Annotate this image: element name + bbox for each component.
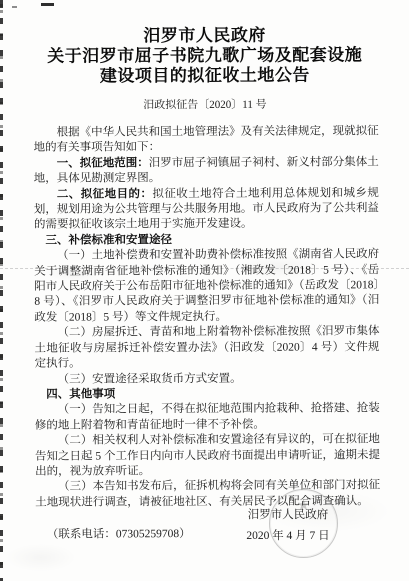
signature-issuer: 汨罗市人民政府 xyxy=(221,505,355,526)
section-3-item-1: （一）土地补偿费和安置补助费补偿标准按照《湖南省人民政府关于调整湖南省征地补偿标… xyxy=(34,247,379,326)
scan-dash-artifact xyxy=(12,6,17,8)
section-3-item-3: （三）安置途径采取货币方式安置。 xyxy=(35,371,380,388)
scan-dash-artifact xyxy=(41,3,54,6)
section-1-heading: 一、拟征地范围： xyxy=(57,157,149,169)
document-header: 汨罗市人民政府 关于汨罗市屈子书院九歌广场及配套设施 建设项目的拟征收土地公告 … xyxy=(0,0,409,113)
signature-block: 汨罗市人民政府 2020 年 4 月 7 日 xyxy=(221,505,355,547)
document-content: 汨罗市人民政府 关于汨罗市屈子书院九歌广场及配套设施 建设项目的拟征收土地公告 … xyxy=(0,0,409,542)
intro-paragraph: 根据《中华人民共和国土地管理法》及有关法律规定，现就拟征地的有关事项告知如下： xyxy=(34,124,379,156)
document-body: 根据《中华人民共和国土地管理法》及有关法律规定，现就拟征地的有关事项告知如下： … xyxy=(34,124,381,511)
section-3-heading-row: 三、补偿标准和安置途径 xyxy=(34,232,379,249)
title-line-1: 汨罗市人民政府 xyxy=(0,25,409,47)
section-2-heading: 二、拟征地目的： xyxy=(57,188,153,200)
document-title: 汨罗市人民政府 关于汨罗市屈子书院九歌广场及配套设施 建设项目的拟征收土地公告 xyxy=(0,25,409,87)
title-line-2: 关于汨罗市屈子书院九歌广场及配套设施 xyxy=(0,45,409,67)
signature-date: 2020 年 4 月 7 日 xyxy=(221,526,355,547)
announcement-page: 汨罗市人民政府 关于汨罗市屈子书院九歌广场及配套设施 建设项目的拟征收土地公告 … xyxy=(0,0,409,581)
section-2-paragraph: 二、拟征地目的：拟征收土地符合土地利用总体规划和城乡规划，规划用途为公共管理与公… xyxy=(34,186,379,234)
section-3-item-2: （二）房屋拆迁、青苗和地上附着物补偿标准按照《汨罗市集体土地征收与房屋拆迁补偿安… xyxy=(34,325,379,373)
section-4-heading: 四、其他事项 xyxy=(46,388,115,400)
section-4-heading-row: 四、其他事项 xyxy=(35,386,380,403)
scan-edge-artifact xyxy=(0,0,3,581)
section-3-heading: 三、补偿标准和安置途径 xyxy=(46,234,173,247)
doc-number: 汨政拟征告〔2020〕11 号 xyxy=(0,95,409,113)
section-4-item-2: （二）相关权利人对补偿标准和安置途径有异议的，可在拟征地告知之日起 5 个工作日… xyxy=(35,432,380,480)
section-4-item-1: （一）告知之日起，不得在拟征地范围内抢栽种、抢搭建、抢装修的地上附着物和青苗征地… xyxy=(35,402,380,434)
title-line-3: 建设项目的拟征收土地公告 xyxy=(0,65,409,87)
section-1-paragraph: 一、拟征地范围：汨罗市屈子祠镇屈子祠村、新义村部分集体土地，具体见勘测定界图。 xyxy=(34,155,379,187)
